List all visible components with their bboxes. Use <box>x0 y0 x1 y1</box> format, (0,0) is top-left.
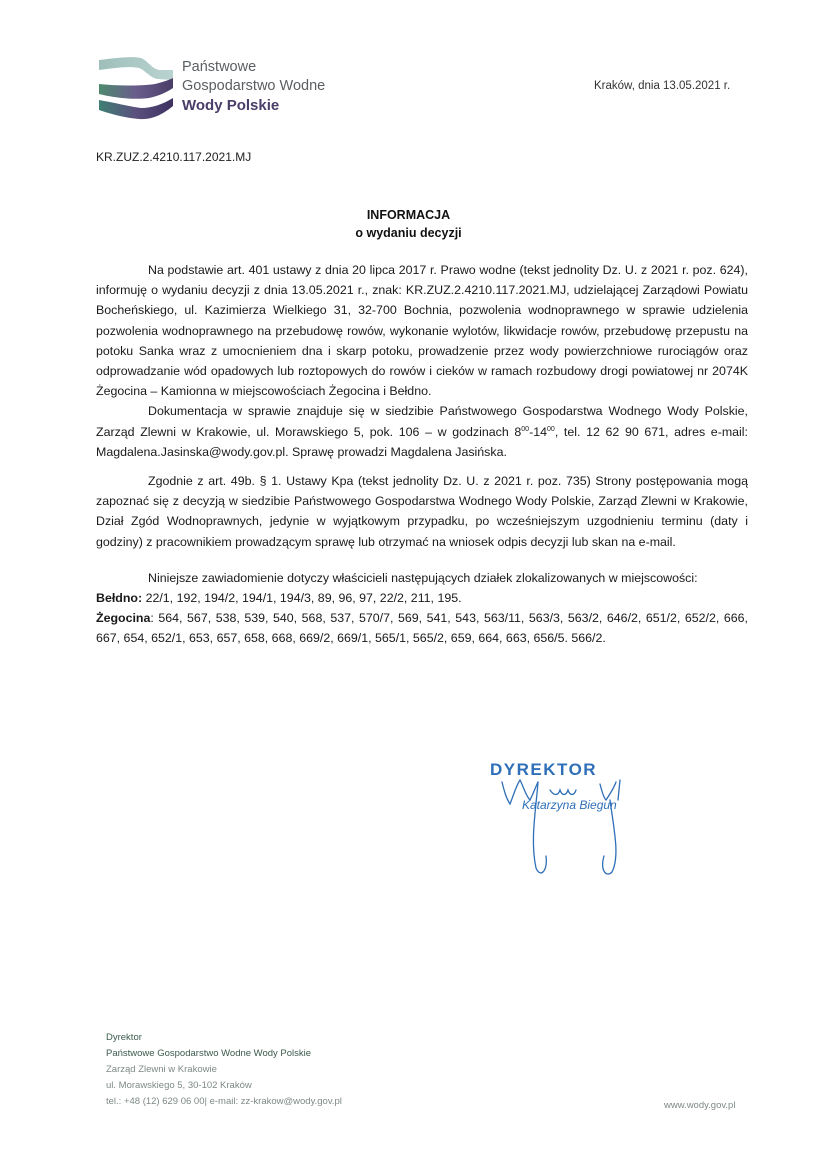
footer-position: Dyrektor <box>106 1030 342 1046</box>
handwritten-signature-icon <box>480 760 670 880</box>
title-subheading: o wydaniu decyzji <box>0 224 817 242</box>
paragraph-owners: Niniejsze zawiadomienie dotyczy właścici… <box>96 568 748 588</box>
hour-from-minutes: 00 <box>521 426 529 433</box>
logo-line-1: Państwowe <box>182 58 325 77</box>
footer-organization: Państwowe Gospodarstwo Wodne Wody Polski… <box>106 1046 342 1062</box>
parcels-zegocina: Żegocina: 564, 567, 538, 539, 540, 568, … <box>96 608 748 648</box>
locality-label: Żegocina <box>96 611 150 625</box>
footer-unit: Zarząd Zlewni w Krakowie <box>106 1062 342 1078</box>
footer-address: ul. Morawskiego 5, 30-102 Kraków <box>106 1078 342 1094</box>
document-body: Na podstawie art. 401 ustawy z dnia 20 l… <box>96 260 748 649</box>
signature-stamp: DYREKTOR Katarzyna Biegun <box>480 760 670 880</box>
title-heading: INFORMACJA <box>0 206 817 224</box>
logo-wordmark: Państwowe Gospodarstwo Wodne Wody Polski… <box>182 58 325 115</box>
paragraph-access: Zgodnie z art. 49b. § 1. Ustawy Kpa (tek… <box>96 471 748 552</box>
organization-logo: Państwowe Gospodarstwo Wodne Wody Polski… <box>97 52 337 122</box>
letterhead-footer: Dyrektor Państwowe Gospodarstwo Wodne Wo… <box>106 1030 342 1110</box>
reference-number: KR.ZUZ.2.4210.117.2021.MJ <box>96 150 251 164</box>
parcel-numbers: 22/1, 192, 194/2, 194/1, 194/3, 89, 96, … <box>142 591 461 605</box>
parcel-numbers: : 564, 567, 538, 539, 540, 568, 537, 570… <box>96 611 748 645</box>
paragraph-documentation: Dokumentacja w sprawie znajduje się w si… <box>96 401 748 462</box>
document-title: INFORMACJA o wydaniu decyzji <box>0 206 817 242</box>
parcels-beldno: Bełdno: 22/1, 192, 194/2, 194/1, 194/3, … <box>96 588 748 608</box>
footer-contact: tel.: +48 (12) 629 06 00| e-mail: zz-kra… <box>106 1094 342 1110</box>
paragraph-decision: Na podstawie art. 401 ustawy z dnia 20 l… <box>96 260 748 401</box>
logo-line-2: Gospodarstwo Wodne <box>182 77 325 96</box>
logo-line-3: Wody Polskie <box>182 96 325 115</box>
locality-label: Bełdno: <box>96 591 142 605</box>
footer-website: www.wody.gov.pl <box>664 1100 735 1111</box>
place-date: Kraków, dnia 13.05.2021 r. <box>594 80 730 92</box>
hour-to-minutes: 00 <box>547 426 555 433</box>
hour-to: 14 <box>533 425 547 439</box>
stamp-name: Katarzyna Biegun <box>522 798 617 812</box>
wody-polskie-waves-icon <box>97 52 177 122</box>
